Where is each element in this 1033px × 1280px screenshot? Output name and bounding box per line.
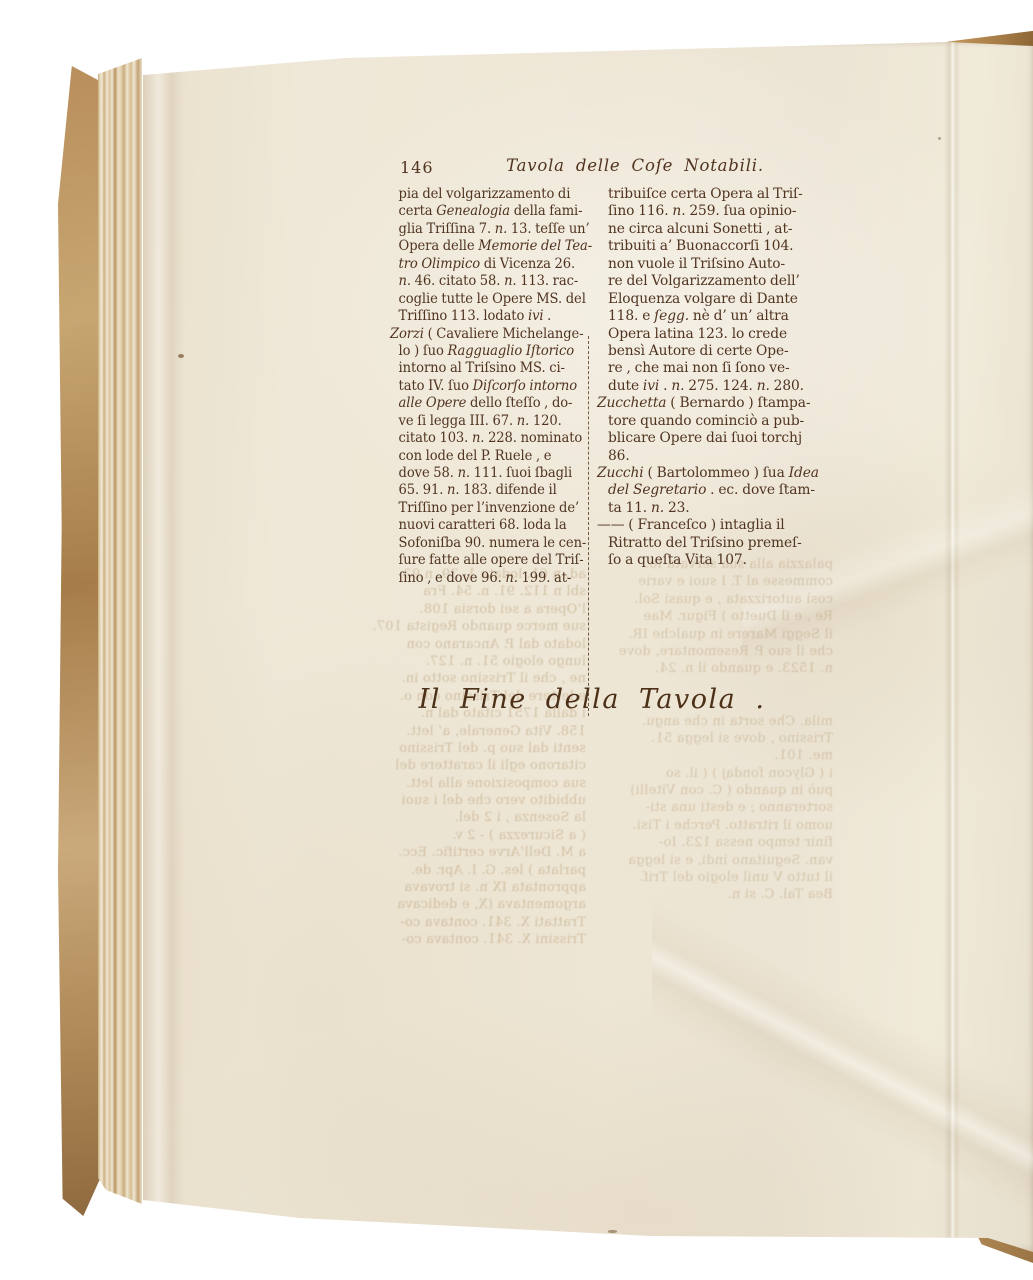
index-line: approntata IX n. si trovava (370, 879, 586, 896)
index-line: ubbidito vero che del i suoi (370, 792, 586, 809)
index-line: Opera delle Memorie del Tea- (399, 238, 589, 255)
index-line: tribuiti a’ Buonaccorſi 104. (608, 238, 853, 255)
index-line: Triſſino per l’invenzione de’ (399, 500, 589, 517)
index-line: che il suo P. Resemontare, dove (597, 643, 833, 660)
index-column-left: pia del volgarizzamento dicerta Genealog… (390, 186, 589, 587)
index-line: ſino , e dove 96. n. 199. at- (399, 570, 589, 587)
index-line: parlata ) les. G. I. Apr. de. (370, 862, 586, 879)
index-line: argomentava (X, e dedicava (370, 896, 586, 913)
index-line: re del Volgarizzamento dell’ (608, 273, 853, 290)
index-line: commesse al T. I suoi e varie (597, 573, 833, 590)
index-line: ſino 116. n. 259. ſua opinio- (608, 203, 853, 220)
index-line: può in quando ( C. con Vitelli) (597, 782, 833, 799)
index-line: Trissini X. 341. contava co- (370, 931, 586, 948)
index-line: sorteranno ; e desti una sti- (597, 799, 833, 816)
index-line: non vuole il Triſsino Auto- (608, 256, 853, 273)
index-line: ſure fatte alle opere del Triſ- (399, 552, 589, 569)
index-line: così autorizzata , e quasi Sol. (597, 591, 833, 608)
index-line: n. 1523. e quando il n. 24. (597, 660, 833, 677)
index-line: l’Opera a sei dorsia 108. (370, 601, 586, 618)
index-line: Trattati X. 341. contava co- (370, 914, 586, 931)
index-line: alle Opere dello ſteſſo , do- (399, 395, 589, 412)
index-line: il Seggi Marere in qualche IR. (597, 626, 833, 643)
index-line: tro Olimpico di Vicenza 26. (399, 256, 589, 273)
foxing-speck (938, 137, 941, 140)
index-line: ta 11. n. 23. (608, 500, 853, 517)
index-line: pia del volgarizzamento di (399, 186, 589, 203)
running-header: Tavola delle Coſe Notabili. (420, 156, 850, 175)
index-line: Eloquenza volgare di Dante (608, 291, 853, 308)
tavola-end-note: Il Fine della Tavola . (322, 684, 862, 715)
index-line: 118. e ſegg. nè d’ un’ altra (608, 308, 853, 325)
index-line: lodato dal P. Ancarano con (370, 636, 586, 653)
index-line: ( a Sicurezza ) - 2 v. (370, 827, 586, 844)
index-line: n. 46. citato 58. n. 113. rac- (399, 273, 589, 290)
index-line: Zucchi ( Bartolommeo ) ſua Idea (597, 465, 853, 482)
index-line: Zucchetta ( Bernardo ) ſtampa- (597, 395, 853, 412)
index-line: tore quando cominciò a pub- (608, 413, 853, 430)
index-line: van. Seguitano indi, e si legga (597, 852, 833, 869)
index-line: ſo a queſta Vita 107. (608, 552, 853, 569)
index-line: glia Triſſina 7. n. 13. teſſe un’ (399, 221, 589, 238)
index-line: mila. Che sorta in che angu. (597, 713, 833, 730)
index-line: Opera latina 123. lo crede (608, 326, 853, 343)
column-divider-rule (588, 336, 589, 716)
index-line: Triſſino 113. lodato ivi . (399, 308, 589, 325)
index-line: sue merce quando Regista 107. (370, 618, 586, 635)
index-line: coglie tutte le Opere MS. del (399, 291, 589, 308)
page-fore-edges (98, 54, 142, 1212)
index-line: tato IV. ſuo Diſcorſo intorno (399, 378, 589, 395)
index-line: i ( Glycon fondaj ) ( il. so (597, 765, 833, 782)
show-through-text-left: ad. n 61. lodata 1. 39. n 93.sbl n 112. … (370, 566, 586, 949)
index-line: 86. (608, 448, 853, 465)
index-line: blicare Opere dai ſuoi torchj (608, 430, 853, 447)
index-line: ve ſi legga III. 67. n. 120. (399, 413, 589, 430)
index-line: il tutto V unil elogio del Trif. (597, 869, 833, 886)
index-line: ne circa alcuni Sonetti , at- (608, 221, 853, 238)
index-line: —— ( Franceſco ) intaglia il (597, 517, 853, 534)
book-cover-edge (58, 66, 104, 1216)
index-line: Re , e il Duetto ) Figur. Mae (597, 608, 833, 625)
index-line: finir tempo nessa 123. Io- (597, 834, 833, 851)
index-line: 65. 91. n. 183. difende il (399, 482, 589, 499)
index-line: re , che mai non ſi ſono ve- (608, 360, 853, 377)
index-line: dove 58. n. 111. ſuoi ſbagli (399, 465, 589, 482)
index-line: Ritratto del Triſsino premeſ- (608, 535, 853, 552)
show-through-text-right: palazzia alla sua servata Io.commesse al… (597, 556, 833, 904)
index-line: la Sosenza , i 2 del. (370, 809, 586, 826)
foxing-speck (178, 354, 184, 358)
book-page: ad. n 61. lodata 1. 39. n 93.sbl n 112. … (132, 40, 1033, 1252)
index-line: sua composizione alla lett. (370, 775, 586, 792)
index-line: citato 103. n. 228. nominato (399, 430, 589, 447)
index-line: citarono egli il carattere del (370, 757, 586, 774)
index-line: Bea Tal. C. si n. (597, 886, 833, 903)
index-line: uomo il ritratto. Perche i Tisi. (597, 817, 833, 834)
index-line: Trissino , dove si legga 51. (597, 730, 833, 747)
index-line: lungo elogio 51. n. 127. (370, 653, 586, 670)
index-line: lo ) ſuo Ragguaglio Iſtorico (399, 343, 589, 360)
index-line: certa Genealogia della fami- (399, 203, 589, 220)
leaf-curl-shading (138, 54, 184, 1206)
index-line: bensì Autore di certe Ope- (608, 343, 853, 360)
index-line: nuovi caratteri 68. loda la (399, 517, 589, 534)
index-line: Sofoniſba 90. numera le cen- (399, 535, 589, 552)
index-column-right: tribuiſce certa Opera al Triſ-ſino 116. … (597, 186, 853, 570)
paper-crease (652, 860, 1033, 1260)
index-line: tribuiſce certa Opera al Triſ- (608, 186, 853, 203)
index-line: a M. Dell’Arve certific. Ecc. (370, 844, 586, 861)
index-line: dute ivi . n. 275. 124. n. 280. (608, 378, 853, 395)
foxing-speck (608, 1230, 617, 1233)
index-line: intorno al Triſsino MS. ci- (399, 360, 589, 377)
index-line: Zorzi ( Cavaliere Michelange- (390, 326, 589, 343)
index-line: senti dal suo p. del Trissino (370, 740, 586, 757)
index-line: del Segretario . ec. dove ſtam- (608, 482, 853, 499)
book-photo: ad. n 61. lodata 1. 39. n 93.sbl n 112. … (0, 0, 1033, 1280)
index-line: con lode del P. Ruele , e (399, 448, 589, 465)
index-line: 158. Vita Generale, a’ lett. (370, 723, 586, 740)
index-line: me. 101. (597, 747, 833, 764)
